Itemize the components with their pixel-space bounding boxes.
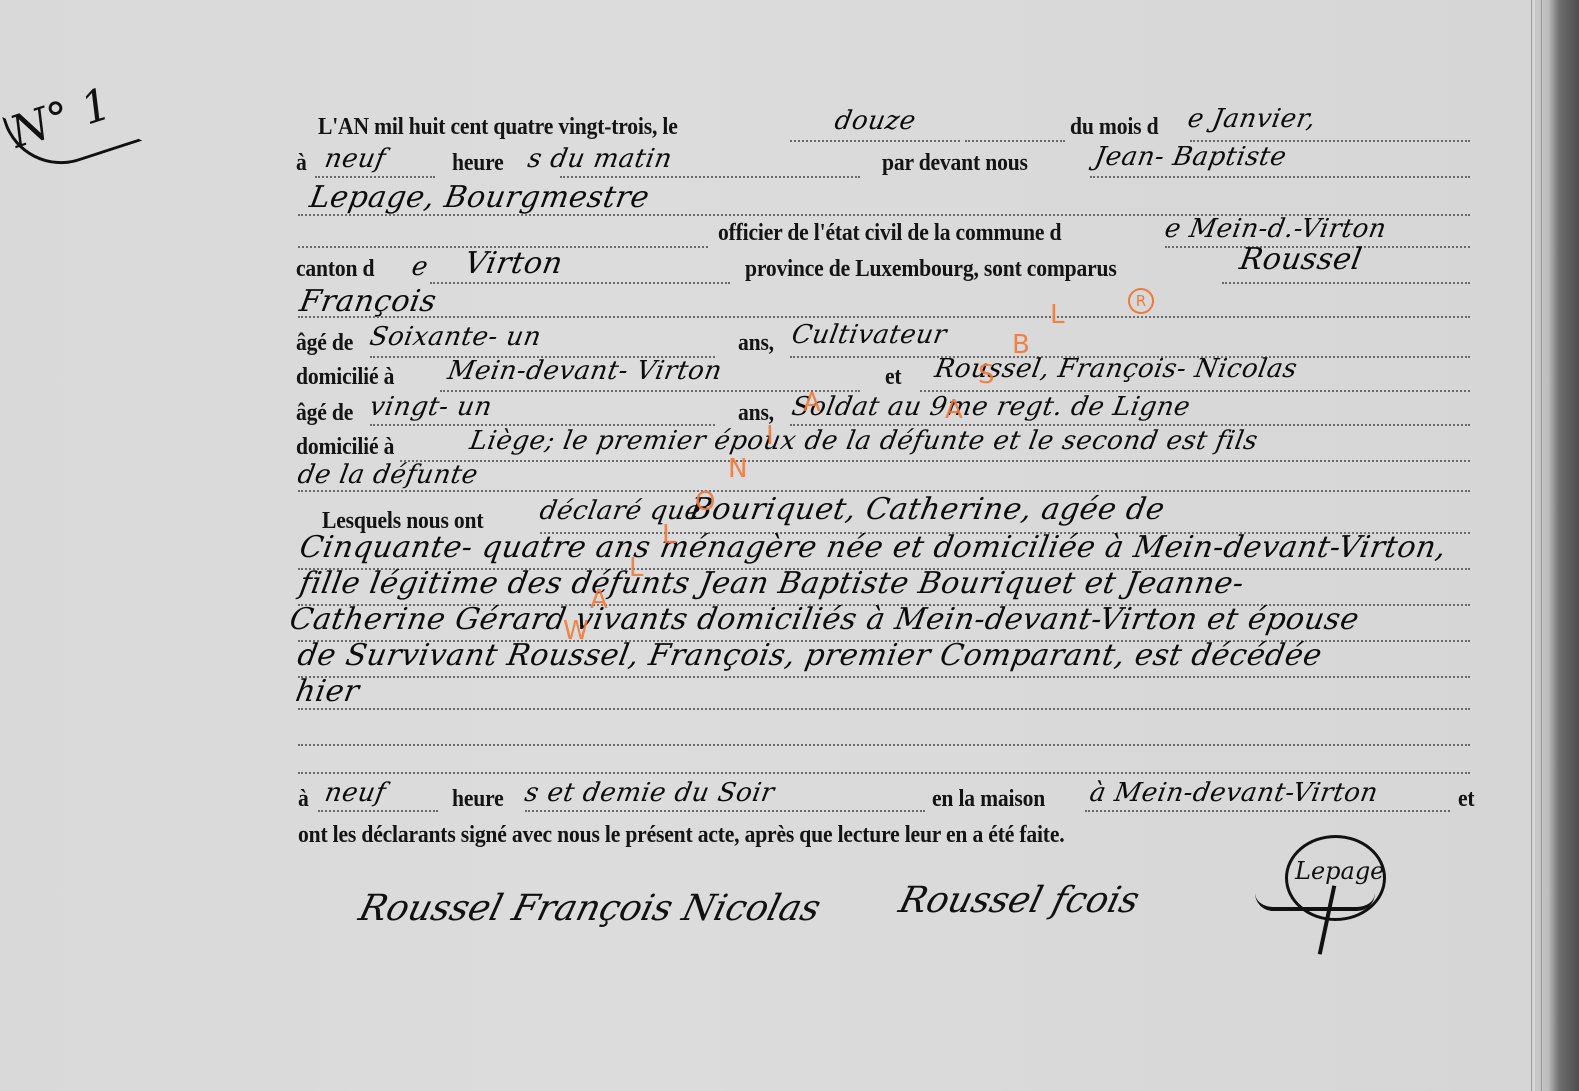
printed-en-la-maison: en la maison — [932, 786, 1045, 813]
watermark-letter: S — [978, 360, 995, 390]
signature-declarant2: Roussel François Nicolas — [355, 888, 825, 929]
printed-ans: ans, — [738, 330, 774, 357]
watermark-letter: N — [728, 454, 747, 484]
watermark-letter: L — [662, 520, 677, 550]
printed-et: et — [1458, 786, 1474, 813]
printed-heure: heure — [452, 150, 504, 177]
watermark-letter: B — [1012, 330, 1030, 360]
watermark-letter: L — [1050, 300, 1065, 330]
printed-par-devant: par devant nous — [882, 150, 1028, 177]
signature-officer: Lepage — [1255, 835, 1395, 945]
signature-declarant1: Roussel fcois — [895, 880, 1144, 921]
hand-hour: neuf — [322, 144, 388, 174]
line-death-time-place: à neuf heure s et demie du Soir en la ma… — [0, 784, 1535, 820]
printed-domicilie: domicilié à — [296, 364, 394, 391]
printed-a: à — [298, 786, 309, 813]
line-declarant1-age: âgé de Soixante- un ans, Cultivateur — [0, 328, 1535, 364]
line-body-5: hier — [0, 686, 1535, 722]
printed-age-de: âgé de — [296, 400, 353, 427]
hand-deceased-parents: fille légitime des défunts Jean Baptiste… — [297, 566, 1247, 601]
line-declarant1-residence: domicilié à Mein-devant- Virton et Rouss… — [0, 362, 1535, 398]
fill-line — [1222, 282, 1470, 284]
hand-declarant1-age: Soixante- un — [367, 322, 543, 352]
printed-et: et — [885, 364, 901, 391]
hand-declarant2-occupation: Soldat au 9me regt. de Ligne — [789, 392, 1192, 422]
hand-deceased-parents-cont: Catherine Gérard vivants domiciliés à Me… — [287, 602, 1362, 637]
fill-line — [560, 176, 860, 178]
hand-officer-first-name: Jean- Baptiste — [1092, 142, 1289, 172]
document-page: N° 1 L'AN mil huit cent quatre vingt-tro… — [0, 0, 1535, 1091]
book-gutter — [1535, 0, 1579, 1091]
hand-declarant1-firstname: François — [297, 284, 439, 319]
fill-line — [1085, 810, 1450, 812]
line-date: L'AN mil huit cent quatre vingt-trois, l… — [0, 112, 1535, 148]
fill-line — [318, 810, 438, 812]
fill-line — [298, 316, 1470, 318]
printed-canton: canton d — [296, 256, 374, 283]
line-body-blank — [0, 722, 1535, 758]
printed-officier: officier de l'état civil de la commune d — [718, 220, 1061, 247]
hand-canton: Virton — [462, 246, 566, 281]
line-canton: canton d e Virton province de Luxembourg… — [0, 254, 1535, 290]
hand-deceased-name-age: Bouriquet, Catherine, agée de — [687, 492, 1168, 527]
fill-line — [1090, 176, 1470, 178]
hand-death-hour: neuf — [322, 778, 388, 808]
watermark-letter: A — [803, 388, 821, 418]
fill-line — [298, 676, 1470, 678]
hand-declarant2-age: vingt- un — [367, 392, 494, 422]
hand-commune: e Mein-d.-Virton — [1162, 214, 1389, 244]
fill-line — [298, 772, 1470, 774]
hand-death-time-of-day: s et demie du Soir — [522, 778, 777, 808]
paraph-flourish-icon — [1255, 893, 1375, 911]
line-body-4: de Survivant Roussel, François, premier … — [0, 650, 1535, 686]
hand-day: douze — [832, 106, 918, 136]
watermark-letter: O — [695, 487, 715, 517]
printed-domicilie: domicilié à — [296, 434, 394, 461]
hand-time-of-day: s du matin — [525, 144, 674, 174]
registered-mark-icon: R — [1128, 288, 1154, 314]
printed-age-de: âgé de — [296, 330, 353, 357]
watermark-letter: W — [563, 616, 589, 646]
printed-closing-formula: ont les déclarants signé avec nous le pr… — [298, 822, 1064, 849]
fill-line — [430, 282, 730, 284]
line-hour: à neuf heure s du matin par devant nous … — [0, 148, 1535, 184]
hand-canton-suffix: e — [409, 252, 430, 282]
hand-declared: déclaré que — [537, 496, 703, 526]
watermark-letter: I — [766, 421, 774, 451]
printed-a: à — [296, 150, 307, 177]
hand-declarant1-occupation: Cultivateur — [789, 320, 949, 350]
fill-line — [790, 140, 960, 142]
watermark-letter: A — [590, 585, 608, 615]
hand-spouse-death: de Survivant Roussel, François, premier … — [295, 638, 1325, 673]
fill-line — [525, 810, 925, 812]
printed-province: province de Luxembourg, sont comparus — [745, 256, 1117, 283]
printed-month-label: du mois d — [1070, 114, 1158, 141]
hand-death-place: à Mein-devant-Virton — [1087, 778, 1380, 808]
divider — [1531, 0, 1532, 1091]
fill-line — [400, 460, 1470, 462]
hand-relation-cont: de la défunte — [295, 460, 480, 490]
watermark-letter: A — [945, 395, 963, 425]
line-declarant1-firstname: François — [0, 292, 1535, 328]
printed-year: L'AN mil huit cent quatre vingt-trois, l… — [318, 114, 678, 141]
hand-declarant1-residence: Mein-devant- Virton — [445, 356, 724, 386]
watermark-letter: L — [629, 553, 644, 583]
hand-month: e Janvier, — [1185, 104, 1318, 134]
hand-deceased-age-birthplace: Cinquante- quatre ans ménagère née et do… — [297, 530, 1449, 565]
printed-heure: heure — [452, 786, 504, 813]
fill-line — [298, 744, 1470, 746]
hand-death-day: hier — [293, 674, 362, 709]
fill-line — [315, 176, 435, 178]
hand-officer-name: Lepage, Bourgmestre — [307, 180, 652, 215]
hand-declarant2-residence-relation: Liège; le premier époux de la défunte et… — [467, 426, 1260, 456]
fill-line — [965, 140, 1065, 142]
hand-declarant1-surname: Roussel — [1237, 242, 1365, 277]
fill-line — [298, 708, 1470, 710]
divider — [1541, 0, 1542, 1091]
